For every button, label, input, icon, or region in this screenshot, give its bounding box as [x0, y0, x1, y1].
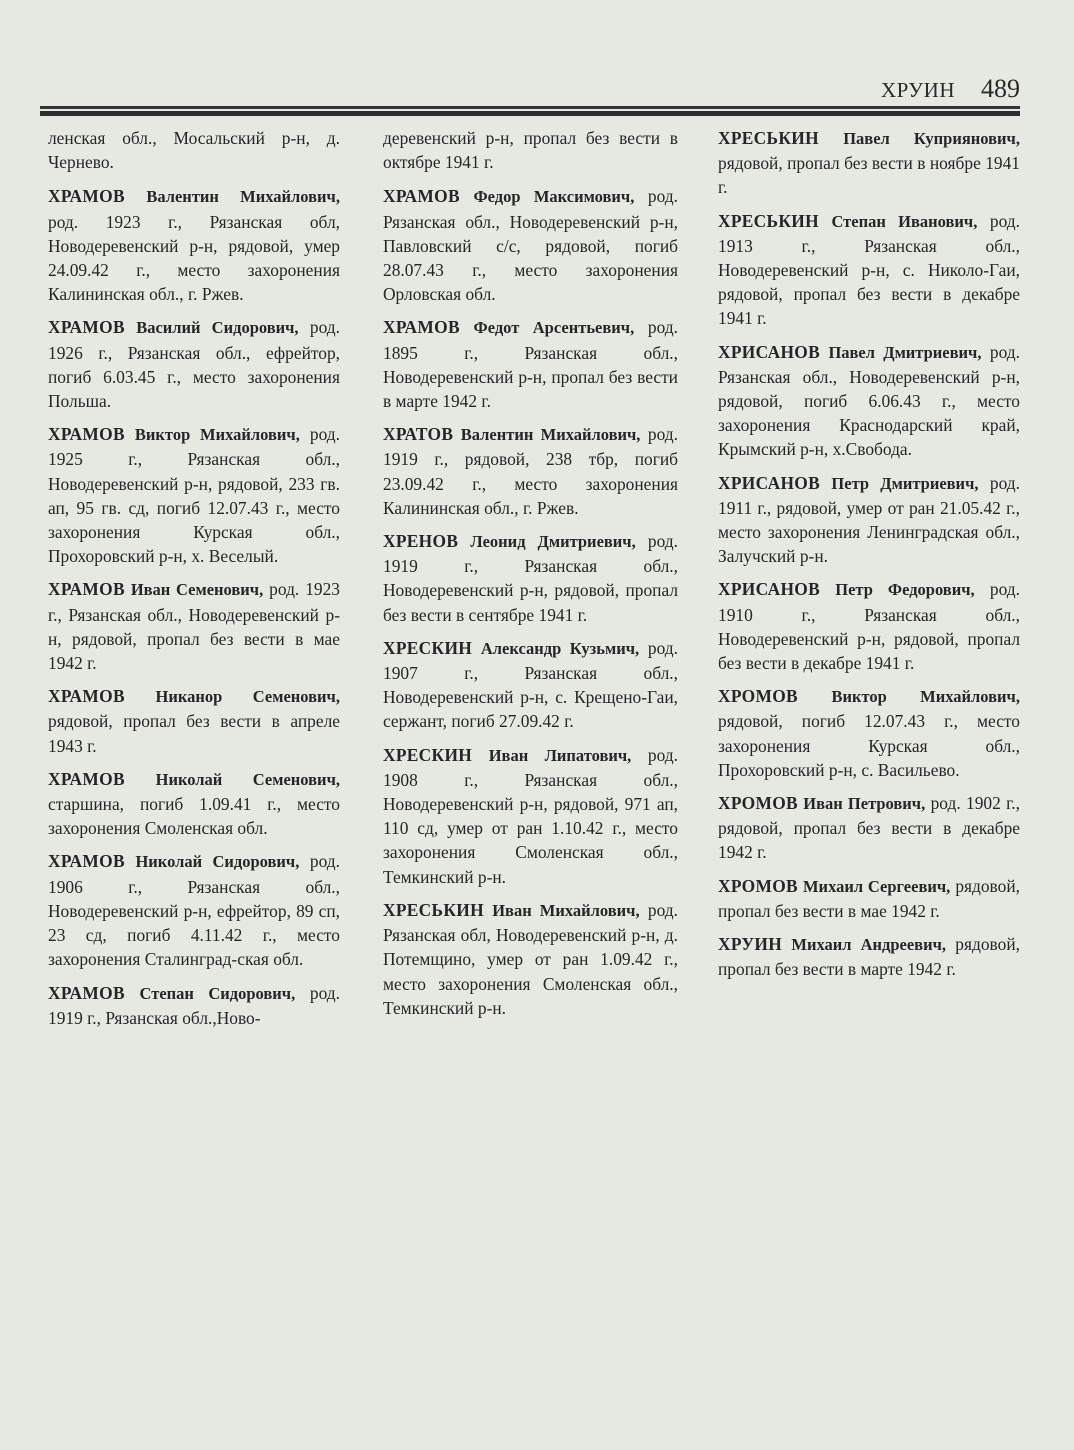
register-entry: ХРАТОВ Валентин Михайлович, род. 1919 г.…	[383, 422, 678, 520]
entry-given-names: Александр Кузьмич,	[481, 639, 639, 658]
register-entry: ХРЕСКИН Александр Кузьмич, род. 1907 г.,…	[383, 636, 678, 734]
register-entry: ХРАМОВ Степан Сидорович, род. 1919 г., Р…	[48, 981, 340, 1030]
entry-text: старшина, погиб 1.09.41 г., место захоро…	[48, 794, 340, 838]
entry-given-names: Николай Семенович,	[156, 770, 340, 789]
entry-given-names: Федор Максимович,	[473, 187, 634, 206]
column-1: ленская обл., Мосальский р-н, д. Чернево…	[48, 126, 340, 1039]
header-rule-thin	[40, 106, 1020, 109]
entry-surname: ХРЕНОВ	[383, 531, 458, 551]
entry-text: ленская обл., Мосальский р-н, д. Чернево…	[48, 128, 340, 172]
book-page: ХРУИН 489 ленская обл., Мосальский р-н, …	[0, 0, 1074, 1450]
entry-given-names: Виктор Михайлович,	[135, 425, 300, 444]
entry-surname: ХРАТОВ	[383, 424, 453, 444]
page-number: 489	[981, 74, 1020, 104]
column-2: деревенский р-н, пропал без вести в октя…	[383, 126, 678, 1039]
entry-given-names: Иван Липатович,	[489, 746, 632, 765]
entry-given-names: Павел Куприянович,	[843, 129, 1020, 148]
entry-given-names: Николай Сидорович,	[135, 852, 299, 871]
entry-surname: ХРОМОВ	[718, 793, 798, 813]
entry-surname: ХРЕСЬКИН	[718, 211, 819, 231]
register-entry: ХРИСАНОВ Павел Дмитриевич, род. Рязанска…	[718, 340, 1020, 462]
register-entry: ХРАМОВ Валентин Михайлович, род. 1923 г.…	[48, 184, 340, 306]
register-entry: ХРОМОВ Виктор Михайлович, рядовой, погиб…	[718, 684, 1020, 782]
register-entry: ХРИСАНОВ Петр Федорович, род. 1910 г., Р…	[718, 577, 1020, 675]
entry-text: род. 1925 г., Рязанская обл., Новодереве…	[48, 424, 340, 566]
entry-given-names: Никанор Семенович,	[156, 687, 340, 706]
running-title: ХРУИН	[881, 78, 955, 103]
entry-surname: ХРОМОВ	[718, 876, 798, 896]
entry-given-names: Степан Сидорович,	[140, 984, 296, 1003]
running-head: ХРУИН 489	[881, 74, 1020, 104]
entry-given-names: Петр Дмитриевич,	[831, 474, 978, 493]
register-entry: ХРАМОВ Федот Арсентьевич, род. 1895 г., …	[383, 315, 678, 413]
entry-given-names: Виктор Михайлович,	[832, 687, 1020, 706]
entry-surname: ХРЕСЬКИН	[383, 900, 484, 920]
entry-text: род. 1923 г., Рязанская обл, Новодеревен…	[48, 212, 340, 305]
entry-surname: ХРЕСКИН	[383, 745, 472, 765]
register-entry: ХРАМОВ Василий Сидорович, род. 1926 г., …	[48, 315, 340, 413]
register-entry: ХРАМОВ Федор Максимович, род. Рязанская …	[383, 184, 678, 306]
register-entry: ХРАМОВ Никанор Семенович, рядовой, пропа…	[48, 684, 340, 758]
entry-given-names: Валентин Михайлович,	[461, 425, 641, 444]
register-entry: ХРЕСЬКИН Павел Куприянович, рядовой, про…	[718, 126, 1020, 200]
entry-given-names: Павел Дмитриевич,	[828, 343, 981, 362]
entry-given-names: Василий Сидорович,	[136, 318, 298, 337]
entry-surname: ХРАМОВ	[48, 851, 125, 871]
entry-given-names: Петр Федорович,	[835, 580, 974, 599]
entry-given-names: Леонид Дмитриевич,	[470, 532, 635, 551]
entry-surname: ХРИСАНОВ	[718, 473, 820, 493]
entry-surname: ХРЕСЬКИН	[718, 128, 819, 148]
register-entry: ХРУИН Михаил Андреевич, рядовой, пропал …	[718, 932, 1020, 981]
entry-surname: ХРАМОВ	[383, 186, 460, 206]
entry-surname: ХРАМОВ	[48, 686, 125, 706]
register-entry: ХРОМОВ Михаил Сергеевич, рядовой, пропал…	[718, 874, 1020, 923]
register-entry: ХРАМОВ Виктор Михайлович, род. 1925 г., …	[48, 422, 340, 568]
entry-given-names: Михаил Сергеевич,	[803, 877, 950, 896]
entry-surname: ХРАМОВ	[48, 317, 125, 337]
entry-surname: ХРАМОВ	[48, 983, 125, 1003]
entry-given-names: Федот Арсентьевич,	[474, 318, 635, 337]
register-entry: ХРАМОВ Николай Семенович, старшина, поги…	[48, 767, 340, 841]
entry-text: рядовой, пропал без вести в ноябре 1941 …	[718, 153, 1020, 197]
entry-given-names: Михаил Андреевич,	[791, 935, 946, 954]
register-entry: ХРЕНОВ Леонид Дмитриевич, род. 1919 г., …	[383, 529, 678, 627]
entry-text: рядовой, погиб 12.07.43 г., место захоро…	[718, 711, 1020, 779]
entry-given-names: Иван Михайлович,	[492, 901, 639, 920]
entry-surname: ХРАМОВ	[48, 186, 125, 206]
register-entry: ХРЕСКИН Иван Липатович, род. 1908 г., Ря…	[383, 743, 678, 889]
entry-given-names: Степан Иванович,	[831, 212, 977, 231]
entry-text: род. 1908 г., Рязанская обл., Новодереве…	[383, 745, 678, 887]
entry-continuation: деревенский р-н, пропал без вести в октя…	[383, 126, 678, 174]
header-rule-thick	[40, 111, 1020, 116]
entry-given-names: Валентин Михайлович,	[146, 187, 340, 206]
entry-surname: ХРИСАНОВ	[718, 342, 820, 362]
register-entry: ХРИСАНОВ Петр Дмитриевич, род. 1911 г., …	[718, 471, 1020, 569]
entry-surname: ХРОМОВ	[718, 686, 798, 706]
entry-given-names: Иван Семенович,	[131, 580, 263, 599]
register-entry: ХРЕСЬКИН Иван Михайлович, род. Рязанская…	[383, 898, 678, 1020]
register-entry: ХРАМОВ Иван Семенович, род. 1923 г., Ряз…	[48, 577, 340, 675]
entry-surname: ХРИСАНОВ	[718, 579, 820, 599]
register-entry: ХРОМОВ Иван Петрович, род. 1902 г., рядо…	[718, 791, 1020, 865]
entry-given-names: Иван Петрович,	[803, 794, 925, 813]
entry-surname: ХРАМОВ	[48, 769, 125, 789]
entry-surname: ХРАМОВ	[48, 424, 125, 444]
text-columns: ленская обл., Мосальский р-н, д. Чернево…	[48, 126, 1020, 1039]
register-entry: ХРАМОВ Николай Сидорович, род. 1906 г., …	[48, 849, 340, 971]
register-entry: ХРЕСЬКИН Степан Иванович, род. 1913 г., …	[718, 209, 1020, 331]
entry-continuation: ленская обл., Мосальский р-н, д. Чернево…	[48, 126, 340, 174]
column-3: ХРЕСЬКИН Павел Куприянович, рядовой, про…	[718, 126, 1020, 1039]
entry-surname: ХРАМОВ	[383, 317, 460, 337]
entry-surname: ХРЕСКИН	[383, 638, 472, 658]
entry-surname: ХРАМОВ	[48, 579, 125, 599]
entry-text: рядовой, пропал без вести в апреле 1943 …	[48, 711, 340, 755]
entry-text: деревенский р-н, пропал без вести в октя…	[383, 128, 678, 172]
entry-surname: ХРУИН	[718, 934, 782, 954]
